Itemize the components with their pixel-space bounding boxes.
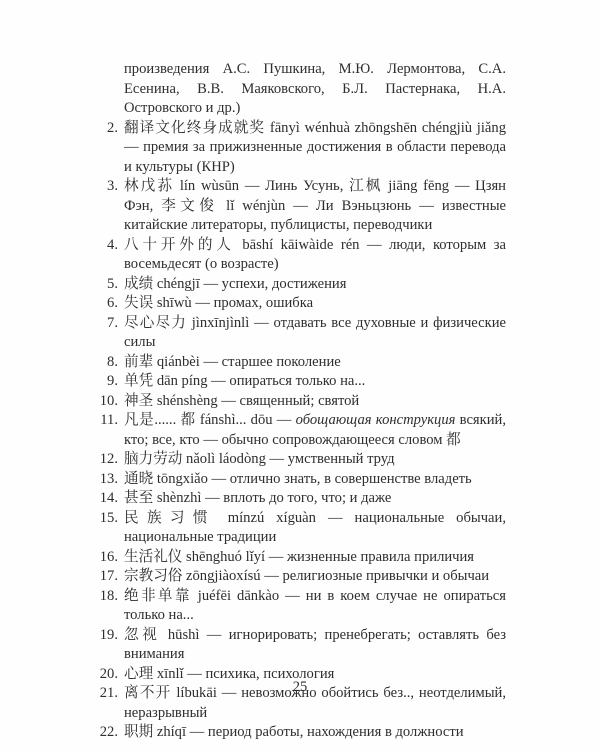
item-number: 17.: [96, 567, 124, 587]
item-text: 前辈 qiánbèi — старшее поколение: [124, 353, 506, 373]
item-number: 13.: [96, 470, 124, 490]
list-item: произведения А.С. Пушкина, М.Ю. Лермонто…: [96, 60, 506, 119]
item-number: 18.: [96, 587, 124, 626]
item-number: [96, 60, 124, 119]
list-item: 19.忽视 hūshì — игнорировать; пренебрегать…: [96, 626, 506, 665]
item-text: 林戊荪 lín wùsūn — Линь Усунь, 江枫 jiāng fēn…: [124, 177, 506, 236]
list-item: 17.宗教习俗 zōngjiàoxísú — религиозные привы…: [96, 567, 506, 587]
item-text: 凡是...... 都 fánshì... dōu — обощающая кон…: [124, 411, 506, 450]
item-number: 15.: [96, 509, 124, 548]
item-number: 11.: [96, 411, 124, 450]
list-item: 4.八十开外的人 bāshí kāiwàide rén — люди, кото…: [96, 236, 506, 275]
item-number: 12.: [96, 450, 124, 470]
list-item: 3.林戊荪 lín wùsūn — Линь Усунь, 江枫 jiāng f…: [96, 177, 506, 236]
page-number: 25: [0, 679, 600, 696]
item-text: 八十开外的人 bāshí kāiwàide rén — люди, которы…: [124, 236, 506, 275]
item-number: 9.: [96, 372, 124, 392]
item-number: 3.: [96, 177, 124, 236]
item-number: 22.: [96, 723, 124, 743]
item-text: 生活礼仪 shēnghuó lǐyí — жизненные правила п…: [124, 548, 506, 568]
item-text: произведения А.С. Пушкина, М.Ю. Лермонто…: [124, 60, 506, 119]
list-item: 5.成绩 chéngjī — успехи, достижения: [96, 275, 506, 295]
item-number: 5.: [96, 275, 124, 295]
list-item: 16.生活礼仪 shēnghuó lǐyí — жизненные правил…: [96, 548, 506, 568]
list-item: 18.绝非单靠 juéfēi dānkào — ни в коем случае…: [96, 587, 506, 626]
item-text: 通晓 tōngxiǎo — отлично знать, в совершенс…: [124, 470, 506, 490]
item-text: 民族习惯 mínzú xíguàn — национальные обычаи,…: [124, 509, 506, 548]
item-text: 绝非单靠 juéfēi dānkào — ни в коем случае не…: [124, 587, 506, 626]
list-item: 10.神圣 shénshèng — священный; святой: [96, 392, 506, 412]
item-number: 8.: [96, 353, 124, 373]
item-number: 4.: [96, 236, 124, 275]
item-text: 单凭 dān píng — опираться только на...: [124, 372, 506, 392]
list-item: 22.职期 zhíqī — период работы, нахождения …: [96, 723, 506, 743]
item-number: 14.: [96, 489, 124, 509]
item-number: 19.: [96, 626, 124, 665]
item-text: 尽心尽力 jìnxīnjìnlì — отдавать все духовные…: [124, 314, 506, 353]
list-item: 2.翻译文化终身成就奖 fānyì wénhuà zhōngshēn chéng…: [96, 119, 506, 178]
item-text: 神圣 shénshèng — священный; святой: [124, 392, 506, 412]
item-number: 7.: [96, 314, 124, 353]
item-text: 失误 shīwù — промах, ошибка: [124, 294, 506, 314]
item-text: 翻译文化终身成就奖 fānyì wénhuà zhōngshēn chéngji…: [124, 119, 506, 178]
item-number: 6.: [96, 294, 124, 314]
list-item: 15.民族习惯 mínzú xíguàn — национальные обыч…: [96, 509, 506, 548]
list-item: 14.甚至 shènzhì — вплоть до того, что; и д…: [96, 489, 506, 509]
item-number: 16.: [96, 548, 124, 568]
item-text: 宗教习俗 zōngjiàoxísú — религиозные привычки…: [124, 567, 506, 587]
item-text: 甚至 shènzhì — вплоть до того, что; и даже: [124, 489, 506, 509]
item-text: 成绩 chéngjī — успехи, достижения: [124, 275, 506, 295]
list-item: 12.脑力劳动 nǎolì láodòng — умственный труд: [96, 450, 506, 470]
list-item: 8.前辈 qiánbèi — старшее поколение: [96, 353, 506, 373]
list-item: 6.失误 shīwù — промах, ошибка: [96, 294, 506, 314]
item-text: 忽视 hūshì — игнорировать; пренебрегать; о…: [124, 626, 506, 665]
list-item: 7.尽心尽力 jìnxīnjìnlì — отдавать все духовн…: [96, 314, 506, 353]
item-number: 2.: [96, 119, 124, 178]
list-item: 13.通晓 tōngxiǎo — отлично знать, в соверш…: [96, 470, 506, 490]
item-text: 职期 zhíqī — период работы, нахождения в д…: [124, 723, 506, 743]
vocabulary-list: произведения А.С. Пушкина, М.Ю. Лермонто…: [96, 60, 506, 743]
item-number: 10.: [96, 392, 124, 412]
list-item: 9.单凭 dān píng — опираться только на...: [96, 372, 506, 392]
item-text: 脑力劳动 nǎolì láodòng — умственный труд: [124, 450, 506, 470]
book-page: произведения А.С. Пушкина, М.Ю. Лермонто…: [0, 0, 600, 750]
list-item: 11.凡是...... 都 fánshì... dōu — обощающая …: [96, 411, 506, 450]
